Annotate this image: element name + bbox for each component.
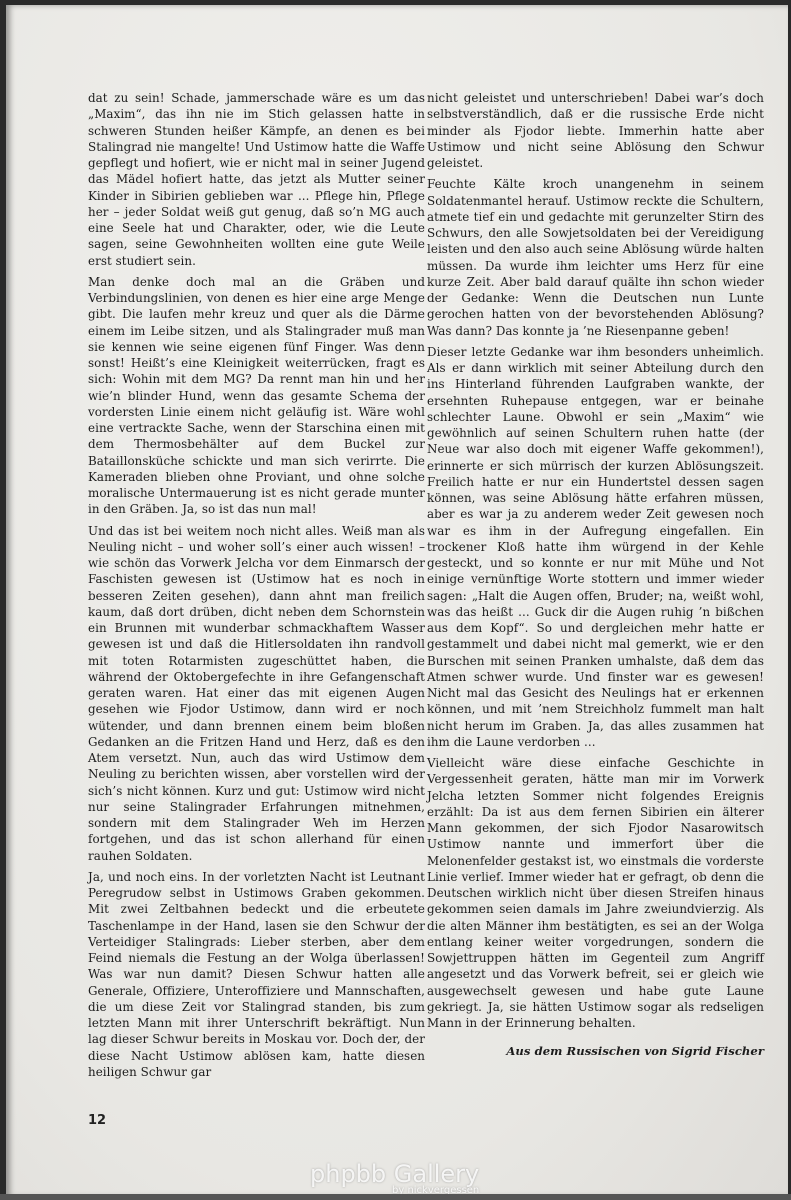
- right-column: nicht geleistet und unterschrieben! Dabe…: [427, 90, 764, 1065]
- scanned-page: dat zu sein! Schade, jammerschade wäre e…: [6, 5, 788, 1197]
- gallery-watermark: phpbb Gallery: [310, 1160, 479, 1188]
- paragraph: Man denke doch mal an die Gräben und Ver…: [88, 274, 425, 518]
- paragraph: nicht geleistet und unterschrieben! Dabe…: [427, 90, 764, 171]
- translator-credit: Aus dem Russischen von Sigrid Fischer: [427, 1043, 764, 1059]
- paragraph: Dieser letzte Gedanke war ihm besonders …: [427, 344, 764, 750]
- paragraph: Feuchte Kälte kroch unangenehm in seinem…: [427, 176, 764, 339]
- paragraph: Ja, und noch eins. In der vorletzten Nac…: [88, 869, 425, 1080]
- paragraph: Und das ist bei weitem noch nicht alles.…: [88, 523, 425, 864]
- paragraph: Vielleicht wäre diese einfache Geschicht…: [427, 755, 764, 1031]
- left-column: dat zu sein! Schade, jammerschade wäre e…: [88, 90, 425, 1085]
- page-bottom-edge: [0, 1194, 791, 1200]
- page-number: 12: [88, 1113, 106, 1128]
- paragraph: dat zu sein! Schade, jammerschade wäre e…: [88, 90, 425, 269]
